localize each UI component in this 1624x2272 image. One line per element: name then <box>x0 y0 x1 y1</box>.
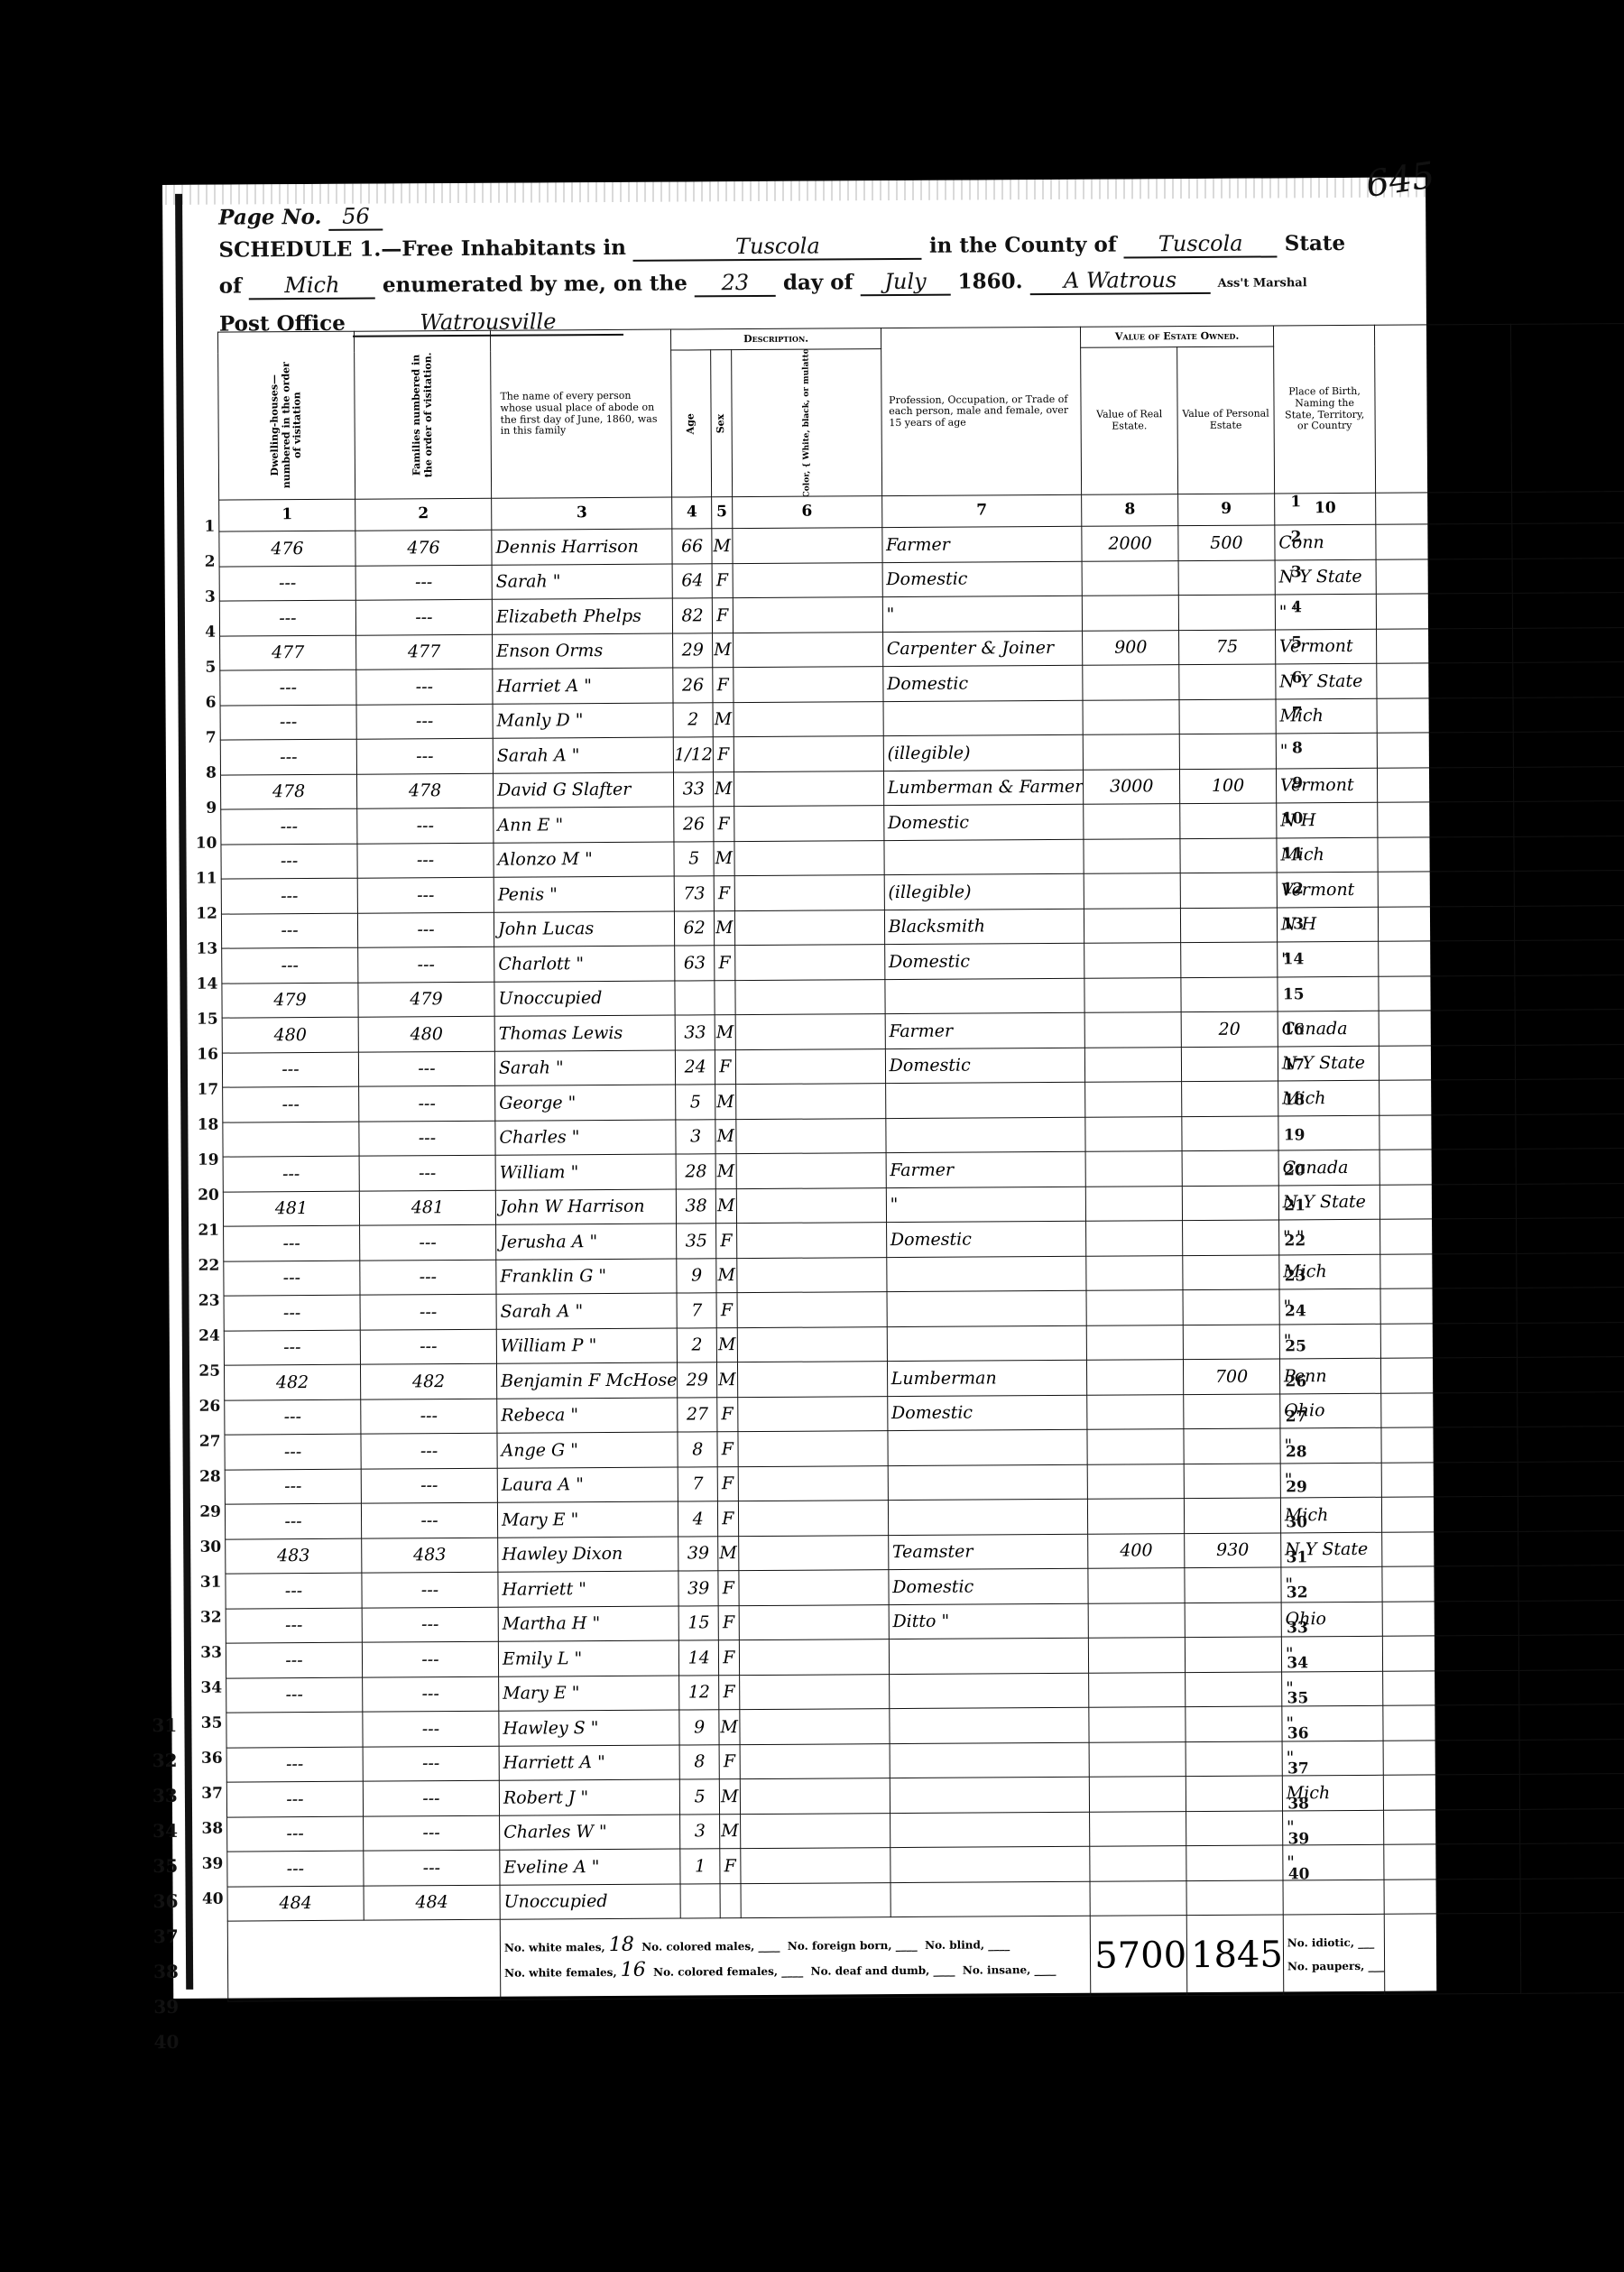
summary-row: No. white males, 18 No. colored males, _… <box>227 1910 1624 2001</box>
personal-estate-value <box>1182 1081 1278 1116</box>
family-number: --- <box>363 1746 499 1781</box>
married-within-year <box>1380 1288 1517 1323</box>
age: 27 <box>678 1397 717 1432</box>
line-number-right: 6 <box>1277 669 1302 687</box>
family-number: --- <box>364 1815 500 1851</box>
line-number-left: 19 <box>194 1151 219 1169</box>
sex: F <box>716 1224 737 1259</box>
age: 9 <box>679 1710 719 1745</box>
age: 7 <box>678 1466 718 1501</box>
col-header-name: The name of every person whose usual pla… <box>490 329 671 498</box>
age: 12 <box>679 1675 719 1710</box>
real-estate-value <box>1086 1221 1183 1256</box>
line-number-left: 28 <box>196 1468 221 1486</box>
sex: M <box>716 1258 737 1293</box>
line-number-left: 20 <box>194 1187 219 1205</box>
line-number-right: 29 <box>1282 1478 1307 1496</box>
occupation: Domestic <box>883 804 1084 840</box>
real-estate-value <box>1086 1290 1183 1325</box>
sex: M <box>714 910 734 946</box>
person-name: David G Slafter <box>493 772 674 808</box>
person-name: William P " <box>496 1328 678 1364</box>
personal-estate-value <box>1183 1254 1279 1289</box>
dwelling-number: --- <box>225 1469 361 1504</box>
married-within-year <box>1384 1774 1520 1809</box>
margin-strip-number: 33 <box>152 1785 185 1820</box>
color <box>739 1604 889 1640</box>
person-name: Mary E " <box>497 1501 678 1538</box>
sex: F <box>718 1640 739 1676</box>
occupation: Domestic <box>882 561 1083 597</box>
dwelling-number: --- <box>219 600 355 635</box>
line-number-right: 30 <box>1282 1513 1307 1531</box>
occupation <box>890 1707 1090 1743</box>
line-number-left: 34 <box>197 1679 222 1697</box>
col-header-married: Married within the year. <box>1375 324 1512 493</box>
margin-strip-number: 36 <box>153 1890 186 1926</box>
color <box>735 1014 885 1050</box>
county: Tuscola <box>1124 230 1278 258</box>
line-number-left: 27 <box>195 1433 220 1451</box>
occupation: Domestic <box>886 1221 1086 1257</box>
real-estate-value <box>1085 1151 1182 1187</box>
color <box>734 736 883 772</box>
family-number: --- <box>361 1468 497 1503</box>
sex: M <box>715 1154 736 1189</box>
line-number-left: 35 <box>197 1714 222 1732</box>
col-header-age: Age <box>671 350 712 497</box>
real-estate-value <box>1088 1568 1185 1603</box>
person-name: Hawley S " <box>499 1710 680 1746</box>
dwelling-number: --- <box>225 1434 361 1469</box>
col-number-1: 1 <box>219 499 355 531</box>
dwelling-number: 476 <box>219 531 355 566</box>
personal-estate-value <box>1179 664 1276 699</box>
sex: F <box>714 876 734 911</box>
personal-estate-value <box>1183 1289 1279 1325</box>
dwelling-number: --- <box>226 1642 362 1677</box>
occupation: Carpenter & Joiner <box>882 631 1083 667</box>
personal-estate-value <box>1182 1115 1278 1150</box>
family-number: --- <box>363 1711 499 1746</box>
personal-estate-value <box>1186 1845 1283 1880</box>
line-number-right: 38 <box>1284 1795 1309 1813</box>
dwelling-number: --- <box>225 1503 361 1538</box>
attended-school: / <box>1518 1495 1624 1531</box>
sex: M <box>718 1536 739 1571</box>
real-estate-value <box>1090 1880 1186 1916</box>
color <box>739 1674 889 1710</box>
personal-estate-value <box>1185 1602 1281 1637</box>
occupation <box>888 1429 1088 1465</box>
occupation: Farmer <box>886 1151 1086 1187</box>
family-number: 477 <box>356 634 493 670</box>
sex: F <box>719 1744 740 1779</box>
real-estate-value <box>1090 1811 1186 1846</box>
dwelling-number: 479 <box>222 983 358 1018</box>
color <box>733 597 882 633</box>
occupation <box>886 1117 1086 1153</box>
schedule-line: SCHEDULE 1.—Free Inhabitants in Tuscola … <box>218 230 1345 264</box>
col-header-dwelling: Dwelling-houses—numbered in the order of… <box>217 331 355 500</box>
margin-strip-number: 31 <box>152 1714 184 1750</box>
family-number: 483 <box>362 1538 498 1573</box>
color <box>734 979 884 1015</box>
personal-estate-value <box>1183 1220 1279 1255</box>
color <box>738 1501 888 1537</box>
margin-strip-number: 40 <box>153 2031 186 2066</box>
age: 26 <box>673 668 713 703</box>
group-header-description: Description. <box>671 328 881 350</box>
line-number-right: 34 <box>1283 1654 1308 1672</box>
age: 82 <box>673 598 713 633</box>
color <box>736 1187 886 1224</box>
family-number: --- <box>360 1329 496 1364</box>
personal-estate-value <box>1181 976 1278 1011</box>
age: 38 <box>677 1188 716 1224</box>
person-name: John W Harrison <box>495 1189 677 1225</box>
age: 39 <box>678 1571 718 1606</box>
person-name: Sarah " <box>492 564 673 600</box>
family-number: --- <box>357 808 494 843</box>
real-estate-value <box>1090 1777 1186 1812</box>
sex: F <box>717 1501 738 1537</box>
married-within-year <box>1380 1184 1517 1219</box>
occupation: Domestic <box>882 665 1083 701</box>
line-number-left: 25 <box>195 1362 220 1381</box>
real-estate-value <box>1085 1047 1182 1082</box>
married-within-year <box>1383 1740 1519 1775</box>
attended-school <box>1518 1530 1624 1566</box>
family-number: --- <box>363 1780 499 1815</box>
line-number-right: 28 <box>1282 1443 1307 1461</box>
dwelling-number: 483 <box>226 1538 362 1574</box>
sex: M <box>713 633 734 668</box>
line-number-right: 26 <box>1281 1372 1306 1390</box>
attended-school <box>1512 661 1624 697</box>
personal-estate-value <box>1185 1567 1281 1602</box>
family-number: --- <box>362 1607 498 1642</box>
color <box>735 1084 885 1120</box>
married-within-year <box>1379 1149 1516 1184</box>
married-within-year <box>1381 1427 1518 1462</box>
family-number: 480 <box>358 1016 494 1051</box>
age: 24 <box>676 1049 715 1085</box>
attended-school: / <box>1516 1217 1624 1253</box>
color <box>740 1813 890 1849</box>
occupation: (illegible) <box>884 873 1084 910</box>
col-number-3: 3 <box>492 497 673 530</box>
attended-school <box>1512 522 1624 559</box>
person-name: Ann E " <box>494 807 675 843</box>
age: 35 <box>677 1224 716 1259</box>
real-estate-value <box>1086 1186 1183 1221</box>
col-number-9: 9 <box>1178 494 1275 526</box>
occupation <box>885 1082 1085 1118</box>
color <box>738 1465 888 1501</box>
margin-strip-number: 35 <box>152 1855 185 1890</box>
line-number-left: 22 <box>194 1257 219 1275</box>
family-number: --- <box>360 1224 496 1260</box>
dwelling-number: --- <box>223 1086 359 1122</box>
line-number-left: 15 <box>193 1011 218 1029</box>
dwelling-number: 481 <box>223 1191 359 1226</box>
real-estate-value <box>1087 1325 1184 1360</box>
age: 26 <box>674 807 714 842</box>
col-header-sex: Sex <box>711 350 733 497</box>
occupation <box>886 1256 1086 1292</box>
family-number: --- <box>359 1085 495 1121</box>
personal-estate-value <box>1184 1393 1280 1428</box>
real-estate-total: 5700 <box>1091 1916 1187 1997</box>
married-within-year <box>1379 1079 1516 1114</box>
person-name: Dennis Harrison <box>492 529 673 565</box>
line-number-left: 10 <box>191 835 217 853</box>
person-name: Sarah A " <box>493 737 674 773</box>
line-number-left: 21 <box>194 1222 219 1240</box>
line-number-left: 16 <box>193 1046 218 1064</box>
occupation: Ditto " <box>889 1603 1089 1639</box>
attended-school <box>1515 974 1624 1011</box>
line-number-left: 5 <box>190 659 216 677</box>
line-number-right: 27 <box>1281 1408 1306 1426</box>
occupation <box>890 1881 1091 1917</box>
personal-estate-value: 20 <box>1181 1011 1278 1047</box>
color <box>734 875 884 911</box>
occupation <box>884 839 1084 875</box>
occupation: Domestic <box>887 1395 1087 1431</box>
married-within-year <box>1378 836 1514 872</box>
married-within-year <box>1377 593 1513 628</box>
sex: M <box>715 1119 736 1154</box>
attended-school <box>1517 1356 1624 1392</box>
real-estate-value <box>1086 1255 1183 1290</box>
white-females-count: 16 <box>621 1959 646 1981</box>
dwelling-number: --- <box>226 1608 362 1643</box>
attended-school <box>1515 1009 1624 1045</box>
family-number: --- <box>361 1433 497 1468</box>
age: 8 <box>679 1744 719 1779</box>
col-number-2: 2 <box>355 498 492 531</box>
col-header-family: Families numbered in the order of visita… <box>354 330 491 499</box>
line-number-left: 40 <box>198 1890 224 1908</box>
sex: F <box>713 737 734 772</box>
married-within-year <box>1384 1879 1520 1914</box>
person-name: Enson Orms <box>493 633 674 670</box>
attended-school: / <box>1515 1044 1624 1080</box>
married-within-year <box>1383 1704 1519 1740</box>
color <box>732 528 881 564</box>
family-number: 484 <box>364 1885 500 1920</box>
family-number: 482 <box>360 1363 496 1399</box>
col-number-7: 7 <box>881 494 1082 527</box>
family-number: --- <box>355 599 492 634</box>
dwelling-number: --- <box>222 947 358 983</box>
margin-strip-number: 37 <box>153 1926 186 1961</box>
married-within-year <box>1381 1357 1518 1392</box>
family-number: --- <box>360 1260 496 1295</box>
person-name: Hawley Dixon <box>498 1537 679 1573</box>
dwelling-number: --- <box>226 1573 362 1608</box>
married-within-year <box>1383 1670 1519 1705</box>
sex: M <box>716 1327 737 1362</box>
person-name: Sarah A " <box>496 1293 678 1329</box>
col-header-birthplace: Place of Birth, Naming the State, Territ… <box>1273 325 1376 494</box>
person-name: Charles " <box>495 1120 677 1156</box>
person-name: Charlott " <box>494 946 676 982</box>
sex: F <box>720 1849 741 1884</box>
real-estate-value <box>1088 1602 1185 1638</box>
line-number-right: 12 <box>1278 880 1304 898</box>
personal-estate-value: 930 <box>1185 1532 1281 1567</box>
line-number-left: 23 <box>194 1292 219 1310</box>
married-within-year <box>1376 523 1512 559</box>
color <box>736 1153 886 1189</box>
color <box>737 1396 887 1432</box>
dwelling-number: --- <box>224 1295 360 1330</box>
attended-school <box>1512 558 1624 594</box>
sex: F <box>712 598 733 633</box>
personal-estate-value <box>1186 1776 1282 1811</box>
person-name: Harriet A " <box>493 668 674 704</box>
line-number-left: 33 <box>197 1644 222 1662</box>
dwelling-number: --- <box>220 739 356 774</box>
line-number-right: 39 <box>1284 1830 1309 1848</box>
line-number-right: 37 <box>1284 1759 1309 1778</box>
married-within-year <box>1382 1462 1518 1497</box>
person-name: Harriett " <box>498 1571 679 1607</box>
age: 9 <box>677 1258 716 1293</box>
color <box>741 1882 890 1918</box>
personal-estate-value <box>1182 1185 1278 1220</box>
state: Mich <box>249 272 375 300</box>
family-number: --- <box>363 1676 499 1712</box>
sex: F <box>718 1571 739 1606</box>
sex: F <box>715 1049 735 1085</box>
dwelling-number: --- <box>227 1816 364 1852</box>
dwelling-number: --- <box>224 1330 360 1365</box>
line-number-right: 15 <box>1278 985 1304 1003</box>
sex: M <box>719 1710 740 1745</box>
dwelling-number: 477 <box>220 635 356 670</box>
right-line-numbers: 1234567891011121314151617181920212223242… <box>162 177 1426 185</box>
dwelling-number: --- <box>220 705 356 740</box>
enumeration-year: 1860. <box>957 269 1022 293</box>
line-number-right: 40 <box>1284 1865 1309 1883</box>
married-within-year <box>1379 940 1515 975</box>
line-number-right: 10 <box>1278 809 1303 827</box>
line-number-left: 4 <box>190 623 216 642</box>
person-name: Penis " <box>494 876 675 912</box>
occupation: Teamster <box>888 1534 1088 1570</box>
line-number-left: 29 <box>196 1503 221 1521</box>
attended-school <box>1514 905 1624 941</box>
sex: F <box>716 1293 737 1328</box>
line-number-right: 7 <box>1278 704 1303 722</box>
personal-estate-value <box>1180 907 1277 942</box>
married-within-year <box>1379 975 1515 1011</box>
person-name: George " <box>495 1085 677 1121</box>
person-name: Martha H " <box>498 1606 679 1642</box>
attended-school: / <box>1515 1078 1624 1114</box>
family-number: 481 <box>359 1190 495 1225</box>
married-within-year <box>1384 1809 1520 1844</box>
sex: F <box>717 1397 738 1432</box>
family-number: --- <box>364 1850 500 1885</box>
family-number: --- <box>356 704 493 739</box>
occupation <box>888 1499 1088 1535</box>
attended-school: / <box>1518 1426 1624 1462</box>
family-number: --- <box>360 1294 496 1329</box>
line-number-right: 23 <box>1280 1267 1306 1285</box>
married-within-year <box>1377 628 1513 663</box>
line-number-left: 32 <box>197 1609 222 1627</box>
page-number-line: Page No. 56 <box>218 204 383 232</box>
color <box>740 1743 890 1779</box>
person-name: Laura A " <box>497 1467 678 1503</box>
line-number-left: 39 <box>198 1855 223 1873</box>
person-name: Charles W " <box>500 1815 681 1851</box>
dwelling-number: --- <box>225 1399 361 1435</box>
line-number-left: 7 <box>191 729 217 747</box>
personal-estate-value <box>1180 873 1277 908</box>
attended-school <box>1513 766 1624 802</box>
occupation: Domestic <box>884 943 1084 979</box>
sex: M <box>715 1188 736 1224</box>
person-name: Unoccupied <box>494 981 676 1017</box>
left-line-numbers: 1234567891011121314151617181920212223242… <box>162 177 1426 185</box>
family-number: --- <box>357 843 494 878</box>
family-number: 479 <box>358 982 494 1017</box>
attended-school: / <box>1518 1669 1624 1705</box>
real-estate-value: 900 <box>1083 630 1179 665</box>
personal-estate-value <box>1179 734 1276 769</box>
married-within-year <box>1382 1531 1518 1566</box>
family-number: --- <box>362 1641 498 1676</box>
age: 5 <box>676 1085 715 1120</box>
personal-estate-value <box>1186 1879 1283 1915</box>
attended-school <box>1513 697 1624 733</box>
line-number-left: 38 <box>198 1820 223 1838</box>
color <box>739 1709 889 1745</box>
age: 64 <box>672 563 712 598</box>
dwelling-number: --- <box>221 878 357 913</box>
real-estate-value <box>1089 1707 1186 1742</box>
age: 7 <box>677 1293 716 1328</box>
person-name: Elizabeth Phelps <box>492 598 673 634</box>
personal-estate-value <box>1186 1706 1282 1741</box>
person-name: Ange G " <box>497 1432 678 1468</box>
person-name: Manly D " <box>493 703 674 739</box>
sex: M <box>717 1362 738 1398</box>
real-estate-value <box>1084 1012 1181 1048</box>
occupation: Lumberman & Farmer <box>883 770 1084 806</box>
married-within-year <box>1380 1218 1517 1253</box>
line-number-right: 13 <box>1278 915 1304 933</box>
age: 2 <box>673 702 713 737</box>
married-within-year <box>1381 1392 1518 1427</box>
age: 73 <box>675 876 715 911</box>
col-number-12: 12 <box>1511 491 1624 523</box>
real-estate-value <box>1085 1116 1182 1151</box>
attended-school: / <box>1518 1634 1624 1670</box>
col-header-color: Color, { White, black, or mulatto <box>731 349 881 497</box>
census-sheet: 31323334353637383940 645 Page No. 56 SCH… <box>162 177 1436 1999</box>
line-number-left: 8 <box>191 764 217 782</box>
dwelling-number: 484 <box>227 1886 364 1921</box>
bleed-through-margin-numbers: 31323334353637383940 <box>152 1714 186 2021</box>
sex: F <box>713 668 734 703</box>
